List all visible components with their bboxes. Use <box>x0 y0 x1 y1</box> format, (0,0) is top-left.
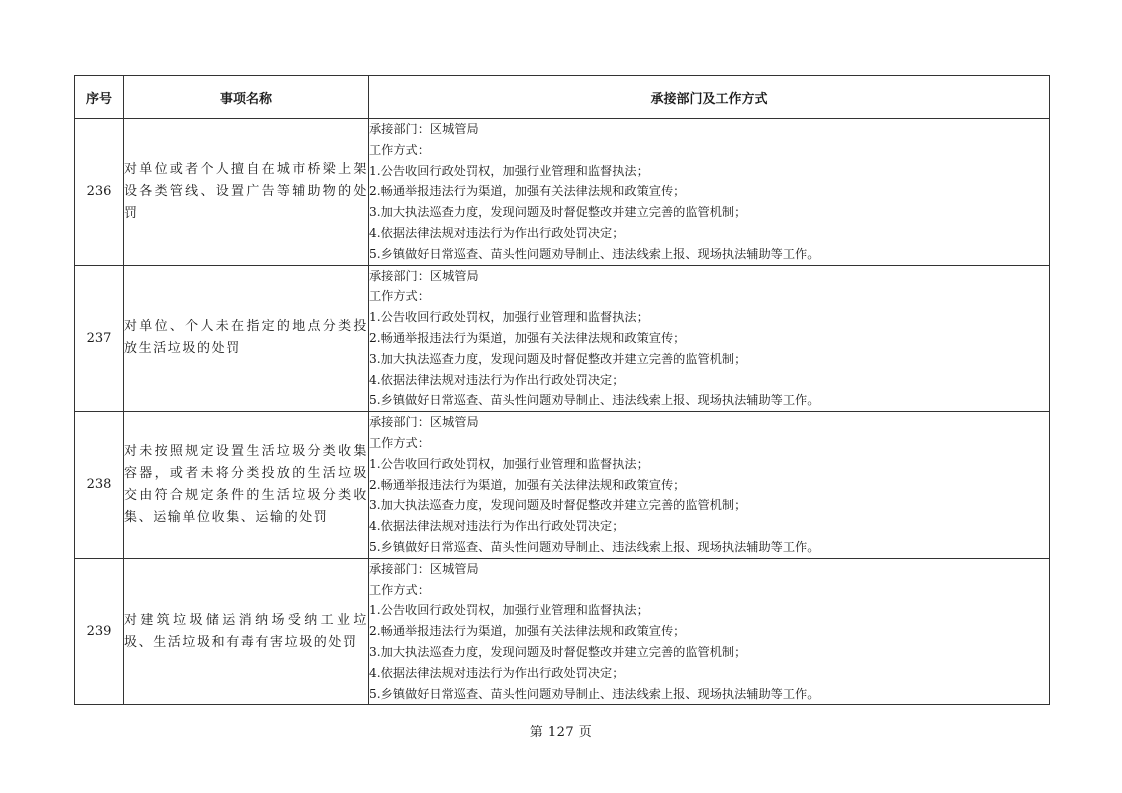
serial-number: 239 <box>75 558 124 705</box>
method-item: 2.畅通举报违法行为渠道，加强有关法律法规和政策宣传； <box>369 475 1049 496</box>
method-item: 5.乡镇做好日常巡查、苗头性问题劝导制止、违法线索上报、现场执法辅助等工作。 <box>369 537 1049 558</box>
method-item: 5.乡镇做好日常巡查、苗头性问题劝导制止、违法线索上报、现场执法辅助等工作。 <box>369 390 1049 411</box>
method-item: 4.依据法律法规对违法行为作出行政处罚决定； <box>369 516 1049 537</box>
method-item: 4.依据法律法规对违法行为作出行政处罚决定； <box>369 223 1049 244</box>
method-item: 2.畅通举报违法行为渠道，加强有关法律法规和政策宣传； <box>369 181 1049 202</box>
department-and-method: 承接部门：区城管局 工作方式： 1.公告收回行政处罚权，加强行业管理和监督执法；… <box>369 265 1050 412</box>
serial-number: 236 <box>75 119 124 266</box>
header-item-name: 事项名称 <box>124 76 369 119</box>
department: 承接部门：区城管局 <box>369 412 1049 433</box>
department-and-method: 承接部门：区城管局 工作方式： 1.公告收回行政处罚权，加强行业管理和监督执法；… <box>369 412 1050 559</box>
table-row: 236 对单位或者个人擅自在城市桥梁上架设各类管线、设置广告等辅助物的处罚 承接… <box>75 119 1050 266</box>
table-row: 239 对建筑垃圾储运消纳场受纳工业垃圾、生活垃圾和有毒有害垃圾的处罚 承接部门… <box>75 558 1050 705</box>
method-item: 4.依据法律法规对违法行为作出行政处罚决定； <box>369 663 1049 684</box>
header-department-and-method: 承接部门及工作方式 <box>369 76 1050 119</box>
serial-number: 238 <box>75 412 124 559</box>
item-name: 对未按照规定设置生活垃圾分类收集容器，或者未将分类投放的生活垃圾交由符合规定条件… <box>124 412 369 559</box>
method-item: 1.公告收回行政处罚权，加强行业管理和监督执法； <box>369 307 1049 328</box>
method-label: 工作方式： <box>369 433 1049 454</box>
method-item: 4.依据法律法规对违法行为作出行政处罚决定； <box>369 370 1049 391</box>
table-row: 237 对单位、个人未在指定的地点分类投放生活垃圾的处罚 承接部门：区城管局 工… <box>75 265 1050 412</box>
method-item: 5.乡镇做好日常巡查、苗头性问题劝导制止、违法线索上报、现场执法辅助等工作。 <box>369 244 1049 265</box>
method-item: 1.公告收回行政处罚权，加强行业管理和监督执法； <box>369 161 1049 182</box>
department: 承接部门：区城管局 <box>369 266 1049 287</box>
method-item: 3.加大执法巡查力度，发现问题及时督促整改并建立完善的监管机制； <box>369 642 1049 663</box>
item-name: 对单位、个人未在指定的地点分类投放生活垃圾的处罚 <box>124 265 369 412</box>
method-item: 2.畅通举报违法行为渠道，加强有关法律法规和政策宣传； <box>369 621 1049 642</box>
method-item: 2.畅通举报违法行为渠道，加强有关法律法规和政策宣传； <box>369 328 1049 349</box>
method-item: 3.加大执法巡查力度，发现问题及时督促整改并建立完善的监管机制； <box>369 349 1049 370</box>
item-name: 对单位或者个人擅自在城市桥梁上架设各类管线、设置广告等辅助物的处罚 <box>124 119 369 266</box>
department-and-method: 承接部门：区城管局 工作方式： 1.公告收回行政处罚权，加强行业管理和监督执法；… <box>369 119 1050 266</box>
method-item: 1.公告收回行政处罚权，加强行业管理和监督执法； <box>369 454 1049 475</box>
method-item: 3.加大执法巡查力度，发现问题及时督促整改并建立完善的监管机制； <box>369 202 1049 223</box>
method-label: 工作方式： <box>369 580 1049 601</box>
serial-number: 237 <box>75 265 124 412</box>
page-number: 第 127 页 <box>0 721 1122 740</box>
method-item: 1.公告收回行政处罚权，加强行业管理和监督执法； <box>369 600 1049 621</box>
department-and-method: 承接部门：区城管局 工作方式： 1.公告收回行政处罚权，加强行业管理和监督执法；… <box>369 558 1050 705</box>
items-table: 序号 事项名称 承接部门及工作方式 236 对单位或者个人擅自在城市桥梁上架设各… <box>74 75 1050 705</box>
item-name: 对建筑垃圾储运消纳场受纳工业垃圾、生活垃圾和有毒有害垃圾的处罚 <box>124 558 369 705</box>
table-header-row: 序号 事项名称 承接部门及工作方式 <box>75 76 1050 119</box>
department: 承接部门：区城管局 <box>369 119 1049 140</box>
method-item: 5.乡镇做好日常巡查、苗头性问题劝导制止、违法线索上报、现场执法辅助等工作。 <box>369 684 1049 705</box>
department: 承接部门：区城管局 <box>369 559 1049 580</box>
header-serial-number: 序号 <box>75 76 124 119</box>
table-row: 238 对未按照规定设置生活垃圾分类收集容器，或者未将分类投放的生活垃圾交由符合… <box>75 412 1050 559</box>
method-label: 工作方式： <box>369 140 1049 161</box>
method-item: 3.加大执法巡查力度，发现问题及时督促整改并建立完善的监管机制； <box>369 495 1049 516</box>
method-label: 工作方式： <box>369 286 1049 307</box>
